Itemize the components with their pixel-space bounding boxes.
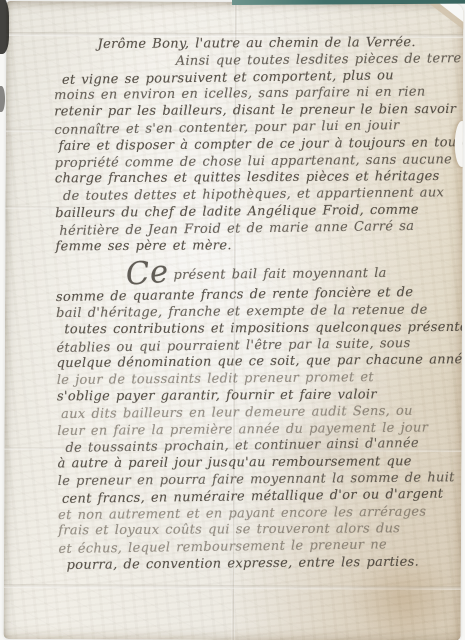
fold-line-horizontal: [4, 584, 461, 590]
manuscript-photo: Jerôme Bony, l'autre au chemin de la Ver…: [0, 0, 465, 640]
page-corner-curl: [0, 0, 9, 54]
paper-sheet: Jerôme Bony, l'autre au chemin de la Ver…: [4, 1, 464, 640]
handwritten-text: Jerôme Bony, l'autre au chemin de la Ver…: [54, 34, 464, 575]
text-line: femme ses père et mère.: [55, 236, 461, 255]
text-line-paragraph-start: Ceprésent bail fait moyennant la: [126, 266, 462, 286]
text-line: pourra, de convention expresse, entre le…: [58, 554, 463, 575]
text-line: présent bail fait moyennant la: [173, 266, 386, 283]
edge-nick: [455, 121, 464, 167]
drop-cap: Ce: [125, 267, 168, 280]
torn-corner: [433, 1, 463, 25]
page-edge-mark: [0, 86, 5, 112]
